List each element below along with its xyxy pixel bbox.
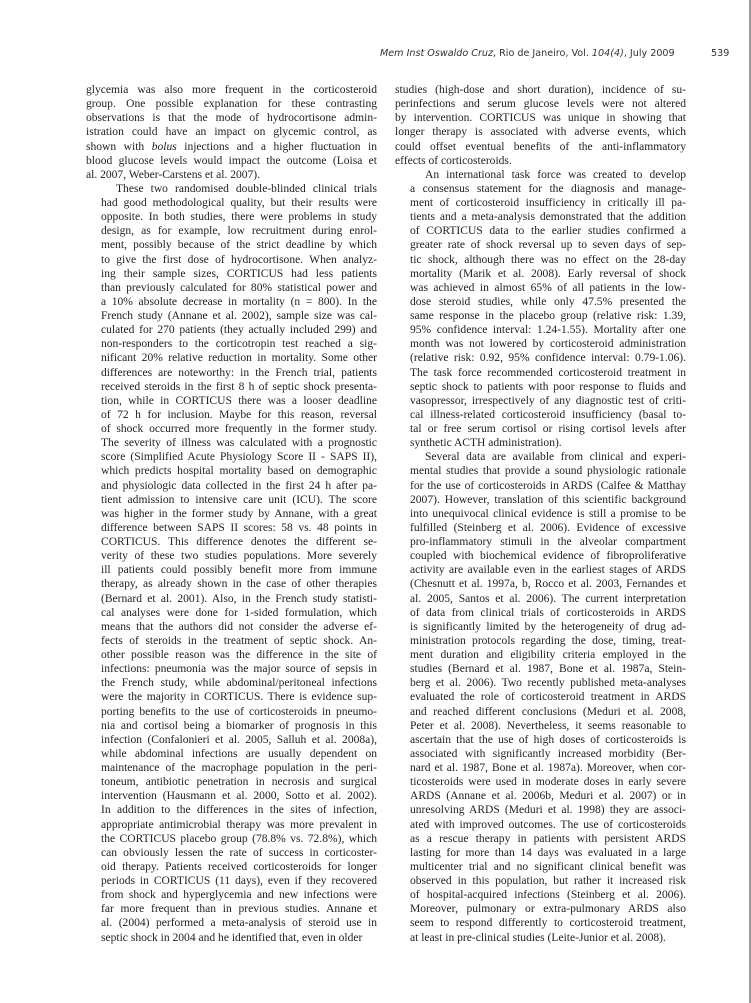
text-line: differences are noteworthy: in the Frenc… bbox=[86, 366, 377, 380]
text-line: score (Simplified Acute Physiology Score… bbox=[86, 450, 377, 464]
text-line: of 72 h for inclusion. Maybe for this re… bbox=[86, 408, 377, 422]
text-line: ticosteroids were used in moderate doses… bbox=[395, 775, 686, 789]
text-line: nia and cortisol being a biomarker of pr… bbox=[86, 719, 377, 733]
body-paragraph: glycemia was also more frequent in the c… bbox=[86, 83, 377, 182]
journal-name: Mem Inst Oswaldo Cruz bbox=[380, 48, 493, 59]
text-line: dose steroid studies, while only 47.5% p… bbox=[395, 295, 686, 309]
text-line: same response in the placebo group (rela… bbox=[395, 309, 686, 323]
text-line: fulfilled (Steinberg et al. 2006). Evide… bbox=[395, 521, 686, 535]
text-line: mental studies that provide a sound phys… bbox=[395, 464, 686, 478]
text-line: oid therapy. Patients received corticost… bbox=[86, 860, 377, 874]
text-line: Several data are available from clinical… bbox=[395, 450, 686, 464]
text-line: as a rescue therapy in patients with per… bbox=[395, 832, 686, 846]
text-line: Moreover, pulmonary or extra-pulmonary A… bbox=[395, 902, 686, 916]
text-line: In addition to the differences in the si… bbox=[86, 803, 377, 817]
text-line: multicenter trial and no significant cli… bbox=[395, 860, 686, 874]
text-line: maintenance of the macrophage population… bbox=[86, 761, 377, 775]
text-line: studies (high-dose and short duration), … bbox=[395, 83, 686, 97]
text-line: appropriate antimicrobial therapy was mo… bbox=[86, 818, 377, 832]
text-line: ARDS (Annane et al. 2006b, Meduri et al.… bbox=[395, 789, 686, 803]
text-line: al. (2004) performed a meta-analysis of … bbox=[86, 916, 377, 930]
text-line: septic shock in 2004 and he identified t… bbox=[86, 931, 377, 945]
text-line: intervention (Hausmann et al. 2000, Sott… bbox=[86, 789, 377, 803]
text-line: opposite. In both studies, there were pr… bbox=[86, 210, 377, 224]
text-line: perinfections and serum glucose levels w… bbox=[395, 97, 686, 111]
body-paragraph: studies (high-dose and short duration), … bbox=[395, 83, 686, 168]
journal-date: , July 2009 bbox=[624, 48, 675, 59]
text-line: month was not lowered by corticosteroid … bbox=[395, 337, 686, 351]
text-line: infection (Confalonieri et al. 2005, Sal… bbox=[86, 733, 377, 747]
text-line: studies (Bernard et al. 1987, Bone et al… bbox=[395, 662, 686, 676]
text-line: verity of these two studies populations.… bbox=[86, 549, 377, 563]
text-line: cal illness-related corticosteroid insuf… bbox=[395, 408, 686, 422]
text-line: means that the authors did not consider … bbox=[86, 620, 377, 634]
text-line: tic shock, although there was no effect … bbox=[395, 253, 686, 267]
text-line: periods in CORTICUS (11 days), even if t… bbox=[86, 874, 377, 888]
text-line: had good methodological quality, but the… bbox=[86, 196, 377, 210]
text-line: shown with bolus injections and a higher… bbox=[86, 140, 377, 154]
text-line: associated with significantly increased … bbox=[395, 747, 686, 761]
text-line: difference between SAPS II scores: 58 vs… bbox=[86, 521, 377, 535]
journal-volume: 104(4) bbox=[592, 48, 624, 59]
text-line: septic shock to patients with poor respo… bbox=[395, 380, 686, 394]
emphasis: bolus bbox=[152, 141, 177, 153]
text-line: infections: pneumonia was the major sour… bbox=[86, 662, 377, 676]
body-paragraph: Several data are available from clinical… bbox=[395, 450, 686, 944]
text-line: for the use of corticosteroids in ARDS (… bbox=[395, 479, 686, 493]
text-line: from shock and hyperglycemia and new inf… bbox=[86, 888, 377, 902]
text-line: (Bernard et al. 2001). Also, in the Fren… bbox=[86, 592, 377, 606]
text-line: nard et al. 1987, Bone et al. 1987a). Mo… bbox=[395, 761, 686, 775]
text-line: were the majority in CORTICUS. There is … bbox=[86, 690, 377, 704]
text-line: received steroids in the first 8 h of se… bbox=[86, 380, 377, 394]
text-line: (Chesnutt et al. 1997a, b, Rocco et al. … bbox=[395, 577, 686, 591]
text-line: and reached different conclusions (Medur… bbox=[395, 705, 686, 719]
text-line: The severity of illness was calculated w… bbox=[86, 436, 377, 450]
text-line: berg et al. 2006). Two recently publishe… bbox=[395, 676, 686, 690]
page-number: 539 bbox=[711, 48, 729, 59]
text-line: group. One possible explanation for thes… bbox=[86, 97, 377, 111]
text-line: was achieved in almost 65% of all patien… bbox=[395, 281, 686, 295]
text-line: tients and a meta-analysis demonstrated … bbox=[395, 210, 686, 224]
text-line: by intervention. CORTICUS was unique in … bbox=[395, 111, 686, 125]
text-line: porting benefits to the use of corticost… bbox=[86, 705, 377, 719]
text-line: tal or free serum cortisol or rising cor… bbox=[395, 422, 686, 436]
text-line: to give the first dose of hydrocortisone… bbox=[86, 253, 377, 267]
text-line: the French study, while abdominal/perito… bbox=[86, 676, 377, 690]
text-line: was higher in the former study by Annane… bbox=[86, 507, 377, 521]
text-line: observations is that the mode of hydroco… bbox=[86, 111, 377, 125]
text-line: mortality (Marik et al. 2008). Early rev… bbox=[395, 267, 686, 281]
text-line: An international task force was created … bbox=[395, 168, 686, 182]
text-line: ill patients could possibly benefit more… bbox=[86, 563, 377, 577]
text-line: at least in pre-clinical studies (Leite-… bbox=[395, 931, 686, 945]
text-line: which predicts hospital mortality based … bbox=[86, 464, 377, 478]
text-line: istration could have an impact on glycem… bbox=[86, 125, 377, 139]
text-line: the CORTICUS placebo group (78.8% vs. 72… bbox=[86, 832, 377, 846]
text-line: tient admission to intensive care unit (… bbox=[86, 493, 377, 507]
text-line: seem to respond differently to corticost… bbox=[395, 916, 686, 930]
text-line: 2007). However, translation of this scie… bbox=[395, 493, 686, 507]
body-paragraph: An international task force was created … bbox=[395, 168, 686, 451]
text-line: far more frequent than in previous studi… bbox=[86, 902, 377, 916]
right-column: studies (high-dose and short duration), … bbox=[395, 83, 686, 945]
text-line: ated with improved outcomes. The use of … bbox=[395, 818, 686, 832]
text-line: therapy, as already shown in the case of… bbox=[86, 577, 377, 591]
text-line: design, as for example, low recruitment … bbox=[86, 224, 377, 238]
text-line: culated for 270 patients (they actually … bbox=[86, 323, 377, 337]
text-line: ment duration and eligibility criteria e… bbox=[395, 648, 686, 662]
text-line: while abdominal infections are usually d… bbox=[86, 747, 377, 761]
text-line: effects of corticosteroids. bbox=[395, 154, 686, 168]
text-line: activity are available even in the earli… bbox=[395, 563, 686, 577]
text-line: vasopressor, irrespectively of any diagn… bbox=[395, 394, 686, 408]
text-line: into unequivocal clinical evidence is st… bbox=[395, 507, 686, 521]
text-line: ministration protocols regarding the dos… bbox=[395, 634, 686, 648]
text-line: CORTICUS. This difference denotes the di… bbox=[86, 535, 377, 549]
text-line: than previously calculated for 80% stati… bbox=[86, 281, 377, 295]
text-line: ment of corticosteroid insufficiency in … bbox=[395, 196, 686, 210]
text-line: synthetic ACTH administration). bbox=[395, 436, 686, 450]
text-line: Peter et al. 2008). Nevertheless, it see… bbox=[395, 719, 686, 733]
text-line: blood glucose levels would impact the ou… bbox=[86, 154, 377, 168]
text-line: (relative risk: 0.92, 95% confidence int… bbox=[395, 351, 686, 365]
text-line: can obviously lessen the rate of success… bbox=[86, 846, 377, 860]
text-line: French study (Annane et al. 2002), sampl… bbox=[86, 309, 377, 323]
text-line: of CORTICUS data to the earlier studies … bbox=[395, 224, 686, 238]
text-line: is significantly limited by the heteroge… bbox=[395, 620, 686, 634]
text-line: observed in this population, but rather … bbox=[395, 874, 686, 888]
text-line: and physiologic data collected in the fi… bbox=[86, 479, 377, 493]
text-line: lasting for more than 14 days was evalua… bbox=[395, 846, 686, 860]
text-line: ascertain that the use of high doses of … bbox=[395, 733, 686, 747]
text-line: coupled with biochemical evidence of fib… bbox=[395, 549, 686, 563]
text-line: greater rate of shock reversal up to sev… bbox=[395, 238, 686, 252]
left-column: glycemia was also more frequent in the c… bbox=[86, 83, 377, 945]
text-line: ment, possibly because of the strict dea… bbox=[86, 238, 377, 252]
text-line: al. 2005, Santos et al. 2006). The curre… bbox=[395, 592, 686, 606]
text-line: al. 2007, Weber-Carstens et al. 2007). bbox=[86, 168, 377, 182]
text-line: ing their sample sizes, CORTICUS had les… bbox=[86, 267, 377, 281]
text-line: unresolving ARDS (Meduri et al. 1998) th… bbox=[395, 803, 686, 817]
text-line: longer therapy is associated with advers… bbox=[395, 125, 686, 139]
running-header: Mem Inst Oswaldo Cruz, Rio de Janeiro, V… bbox=[380, 48, 740, 59]
text-line: nificant 20% relative reduction in morta… bbox=[86, 351, 377, 365]
text-line: toneum, antibiotic penetration in necros… bbox=[86, 775, 377, 789]
text-line: could offset eventual benefits of the an… bbox=[395, 140, 686, 154]
text-line: The task force recommended corticosteroi… bbox=[395, 366, 686, 380]
text-line: pro-inflammatory stimuli in the alveolar… bbox=[395, 535, 686, 549]
journal-location: , Rio de Janeiro, Vol. bbox=[493, 48, 592, 59]
text-line: of data from clinical trials of corticos… bbox=[395, 606, 686, 620]
text-line: of shock occurred more frequently in the… bbox=[86, 422, 377, 436]
text-line: evaluated the role of corticosteroid tre… bbox=[395, 690, 686, 704]
text-line: glycemia was also more frequent in the c… bbox=[86, 83, 377, 97]
text-line: These two randomised double-blinded clin… bbox=[86, 182, 377, 196]
text-line: non-responders to the corticotropin test… bbox=[86, 337, 377, 351]
text-line: cal analyses were done for 1-sided formu… bbox=[86, 606, 377, 620]
text-line: of hospital-acquired infections (Steinbe… bbox=[395, 888, 686, 902]
text-line: other possible reason was the difference… bbox=[86, 648, 377, 662]
text-line: a consensus statement for the diagnosis … bbox=[395, 182, 686, 196]
text-line: fects of steroids in the treatment of se… bbox=[86, 634, 377, 648]
text-line: 95% confidence interval: 1.24-1.55). Mor… bbox=[395, 323, 686, 337]
body-paragraph: These two randomised double-blinded clin… bbox=[86, 182, 377, 945]
text-line: a 10% absolute decrease in mortality (n … bbox=[86, 295, 377, 309]
text-line: tion, while in CORTICUS there was a loos… bbox=[86, 394, 377, 408]
